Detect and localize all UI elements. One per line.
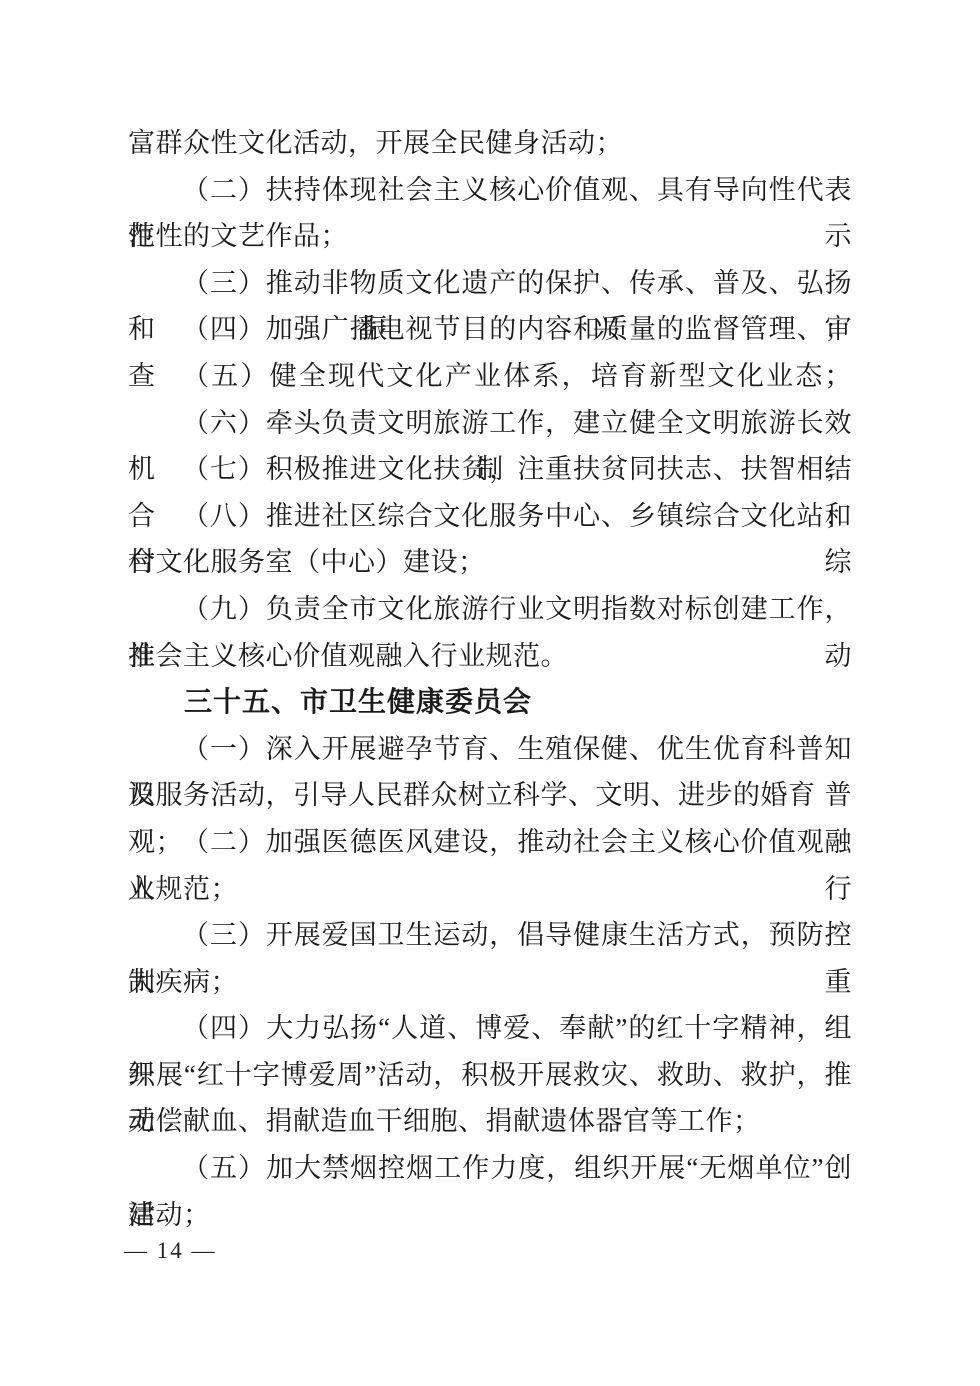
text-line: （一）深入开展避孕节育、生殖保健、优生优育科普知识普 <box>128 726 852 773</box>
text-line: 开展“红十字博爱周”活动，积极开展救灾、救助、救护，推动 <box>128 1052 852 1099</box>
document-page: 富群众性文化活动，开展全民健身活动；（二）扶持体现社会主义核心价值观、具有导向性… <box>0 0 980 1386</box>
page-number: — 14 — <box>124 1236 217 1266</box>
text-line: （六）牵头负责文明旅游工作，建立健全文明旅游长效机制； <box>128 400 852 447</box>
text-line: （五）加大禁烟控烟工作力度，组织开展“无烟单位”创建 <box>128 1145 852 1192</box>
text-line: （五）健全现代文化产业体系，培育新型文化业态； <box>128 353 852 400</box>
text-line: 活动； <box>128 1192 852 1239</box>
text-line: （八）推进社区综合文化服务中心、乡镇综合文化站和村综 <box>128 493 852 540</box>
text-line: （三）推动非物质文化遗产的保护、传承、普及、弘扬和振兴； <box>128 260 852 307</box>
text-line: （二）扶持体现社会主义核心价值观、具有导向性代表性示 <box>128 167 852 214</box>
document-body: 富群众性文化活动，开展全民健身活动；（二）扶持体现社会主义核心价值观、具有导向性… <box>128 120 852 1238</box>
text-line: （四）加强广播电视节目的内容和质量的监督管理、审查； <box>128 306 852 353</box>
text-line: （九）负责全市文化旅游行业文明指数对标创建工作，推动 <box>128 586 852 633</box>
section-heading: 三十五、市卫生健康委员会 <box>128 679 852 726</box>
text-line: 及服务活动，引导人民群众树立科学、文明、进步的婚育观； <box>128 772 852 819</box>
text-line: （七）积极推进文化扶贫，注重扶贫同扶志、扶智相结合； <box>128 446 852 493</box>
text-line: （二）加强医德医风建设，推动社会主义核心价值观融入行 <box>128 819 852 866</box>
text-line: 无偿献血、捐献造血干细胞、捐献遗体器官等工作； <box>128 1098 852 1145</box>
text-line: 富群众性文化活动，开展全民健身活动； <box>128 120 852 167</box>
text-line: （三）开展爱国卫生运动，倡导健康生活方式，预防控制重 <box>128 912 852 959</box>
text-line: （四）大力弘扬“人道、博爱、奉献”的红十字精神，组织 <box>128 1005 852 1052</box>
